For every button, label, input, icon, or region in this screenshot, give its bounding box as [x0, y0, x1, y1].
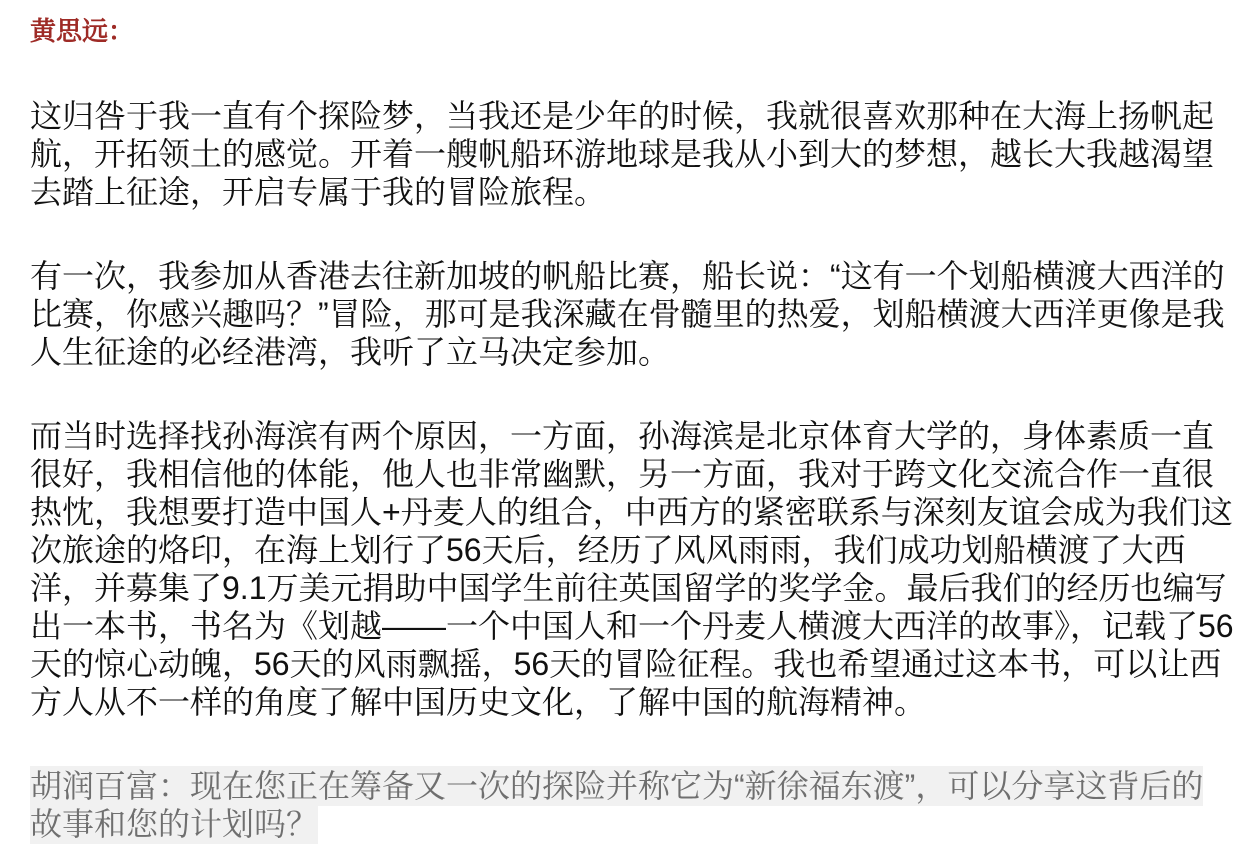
interviewer-question: 胡润百富：现在您正在筹备又一次的探险并称它为“新徐福东渡”，可以分享这背后的故事…: [30, 767, 1235, 843]
speaker-heading: 黄思远：: [30, 12, 1235, 50]
answer-paragraph-3: 而当时选择找孙海滨有两个原因，一方面，孙海滨是北京体育大学的，身体素质一直很好，…: [30, 417, 1235, 721]
answer-paragraph-1: 这归咎于我一直有个探险梦，当我还是少年的时候，我就很喜欢那种在大海上扬帆起航，开…: [30, 97, 1235, 211]
interview-article: 黄思远： 这归咎于我一直有个探险梦，当我还是少年的时候，我就很喜欢那种在大海上扬…: [0, 0, 1260, 843]
answer-paragraph-2: 有一次，我参加从香港去往新加坡的帆船比赛，船长说：“这有一个划船横渡大西洋的比赛…: [30, 257, 1235, 371]
question-highlight-text: 胡润百富：现在您正在筹备又一次的探险并称它为“新徐福东渡”，可以分享这背后的故事…: [30, 766, 1203, 844]
